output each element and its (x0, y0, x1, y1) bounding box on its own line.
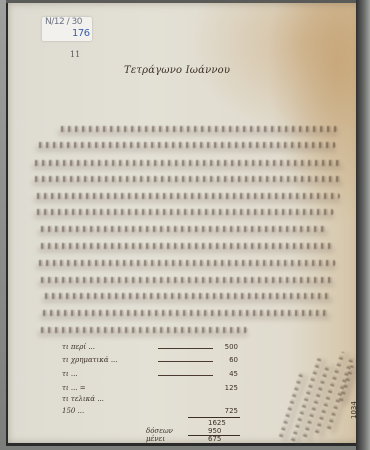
handwritten-line (38, 277, 334, 283)
account-row: τι περί ... 500 (58, 343, 238, 352)
account-row: 150 ... 725 (58, 407, 238, 416)
account-value: 125 (225, 384, 238, 392)
account-rule (158, 375, 213, 376)
account-rule (158, 348, 213, 349)
account-row: τι τελικά ... (58, 395, 238, 404)
manuscript-page: Ν/12 / 30 176 11 Τετράγωνο Ιωάννου τι πε… (6, 3, 360, 446)
account-label: 150 ... (62, 407, 84, 415)
account-value: 60 (229, 356, 238, 364)
handwritten-line (34, 193, 340, 199)
handwritten-line (34, 209, 334, 215)
scan-right-edge (356, 0, 370, 450)
account-value: 45 (229, 370, 238, 378)
handwritten-line (42, 293, 332, 299)
catalog-code: Ν/12 / 30 (45, 18, 82, 27)
total-label: δόσεων (146, 427, 173, 435)
account-label: τι χρηματικά ... (62, 356, 118, 364)
total-value: 950 (208, 427, 221, 435)
handwritten-line (38, 226, 328, 232)
folio-mark: 11 (70, 50, 80, 59)
handwritten-line (38, 243, 334, 249)
account-row: τι ... = 125 (58, 384, 238, 393)
account-value: 725 (225, 407, 238, 415)
account-rule (158, 361, 213, 362)
total-label: μένει (146, 435, 165, 443)
total-value: 1625 (208, 419, 226, 427)
handwritten-line (32, 160, 342, 166)
catalog-label: Ν/12 / 30 176 (42, 17, 92, 41)
handwritten-line (58, 126, 338, 132)
handwritten-line (32, 176, 342, 182)
total-value: 675 (208, 435, 221, 443)
handwritten-line (36, 260, 336, 266)
account-row: τι χρηματικά ... 60 (58, 356, 238, 365)
account-row: τι ... 45 (58, 370, 238, 379)
handwritten-line (36, 142, 336, 148)
account-label: τι τελικά ... (62, 395, 104, 403)
account-label: τι ... (62, 370, 78, 378)
account-value: 500 (225, 343, 238, 351)
handwritten-line (38, 327, 248, 333)
folio-number: 176 (72, 28, 90, 39)
account-label: τι περί ... (62, 343, 95, 351)
account-label: τι ... = (62, 384, 86, 392)
total-rule (188, 417, 240, 418)
letter-heading: Τετράγωνο Ιωάννου (124, 65, 230, 76)
handwritten-line (40, 310, 330, 316)
